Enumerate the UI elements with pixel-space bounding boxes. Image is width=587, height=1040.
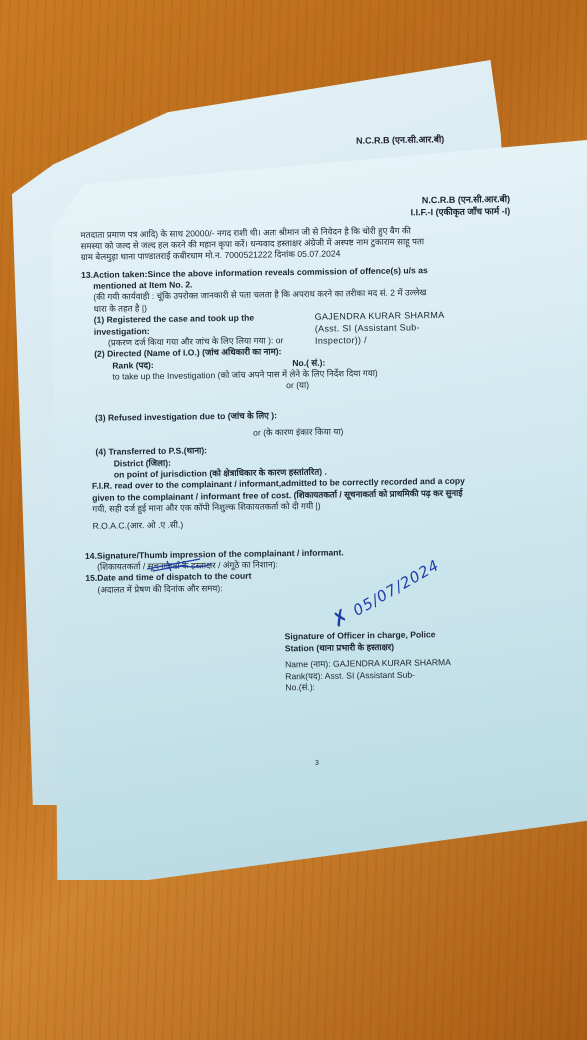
officer-block: Signature of Officer in charge, Police S… — [285, 629, 486, 695]
registered-case-row: (1) Registered the case and took up the … — [82, 309, 513, 360]
registered-case-label: (1) Registered the case and took up the … — [94, 312, 309, 338]
back-page-header: N.C.R.B (एन.सी.आर.बी) — [356, 132, 444, 147]
complainant-signature — [145, 555, 215, 575]
no-label: No.( सं.): — [292, 357, 325, 369]
io-rank-cont: Inspector)) / — [315, 333, 512, 348]
fir-document-body: N.C.R.B (एन.सी.आर.बी) I.I.F.-I (एकीकृत ज… — [80, 194, 515, 596]
page-number: 3 — [315, 760, 319, 767]
